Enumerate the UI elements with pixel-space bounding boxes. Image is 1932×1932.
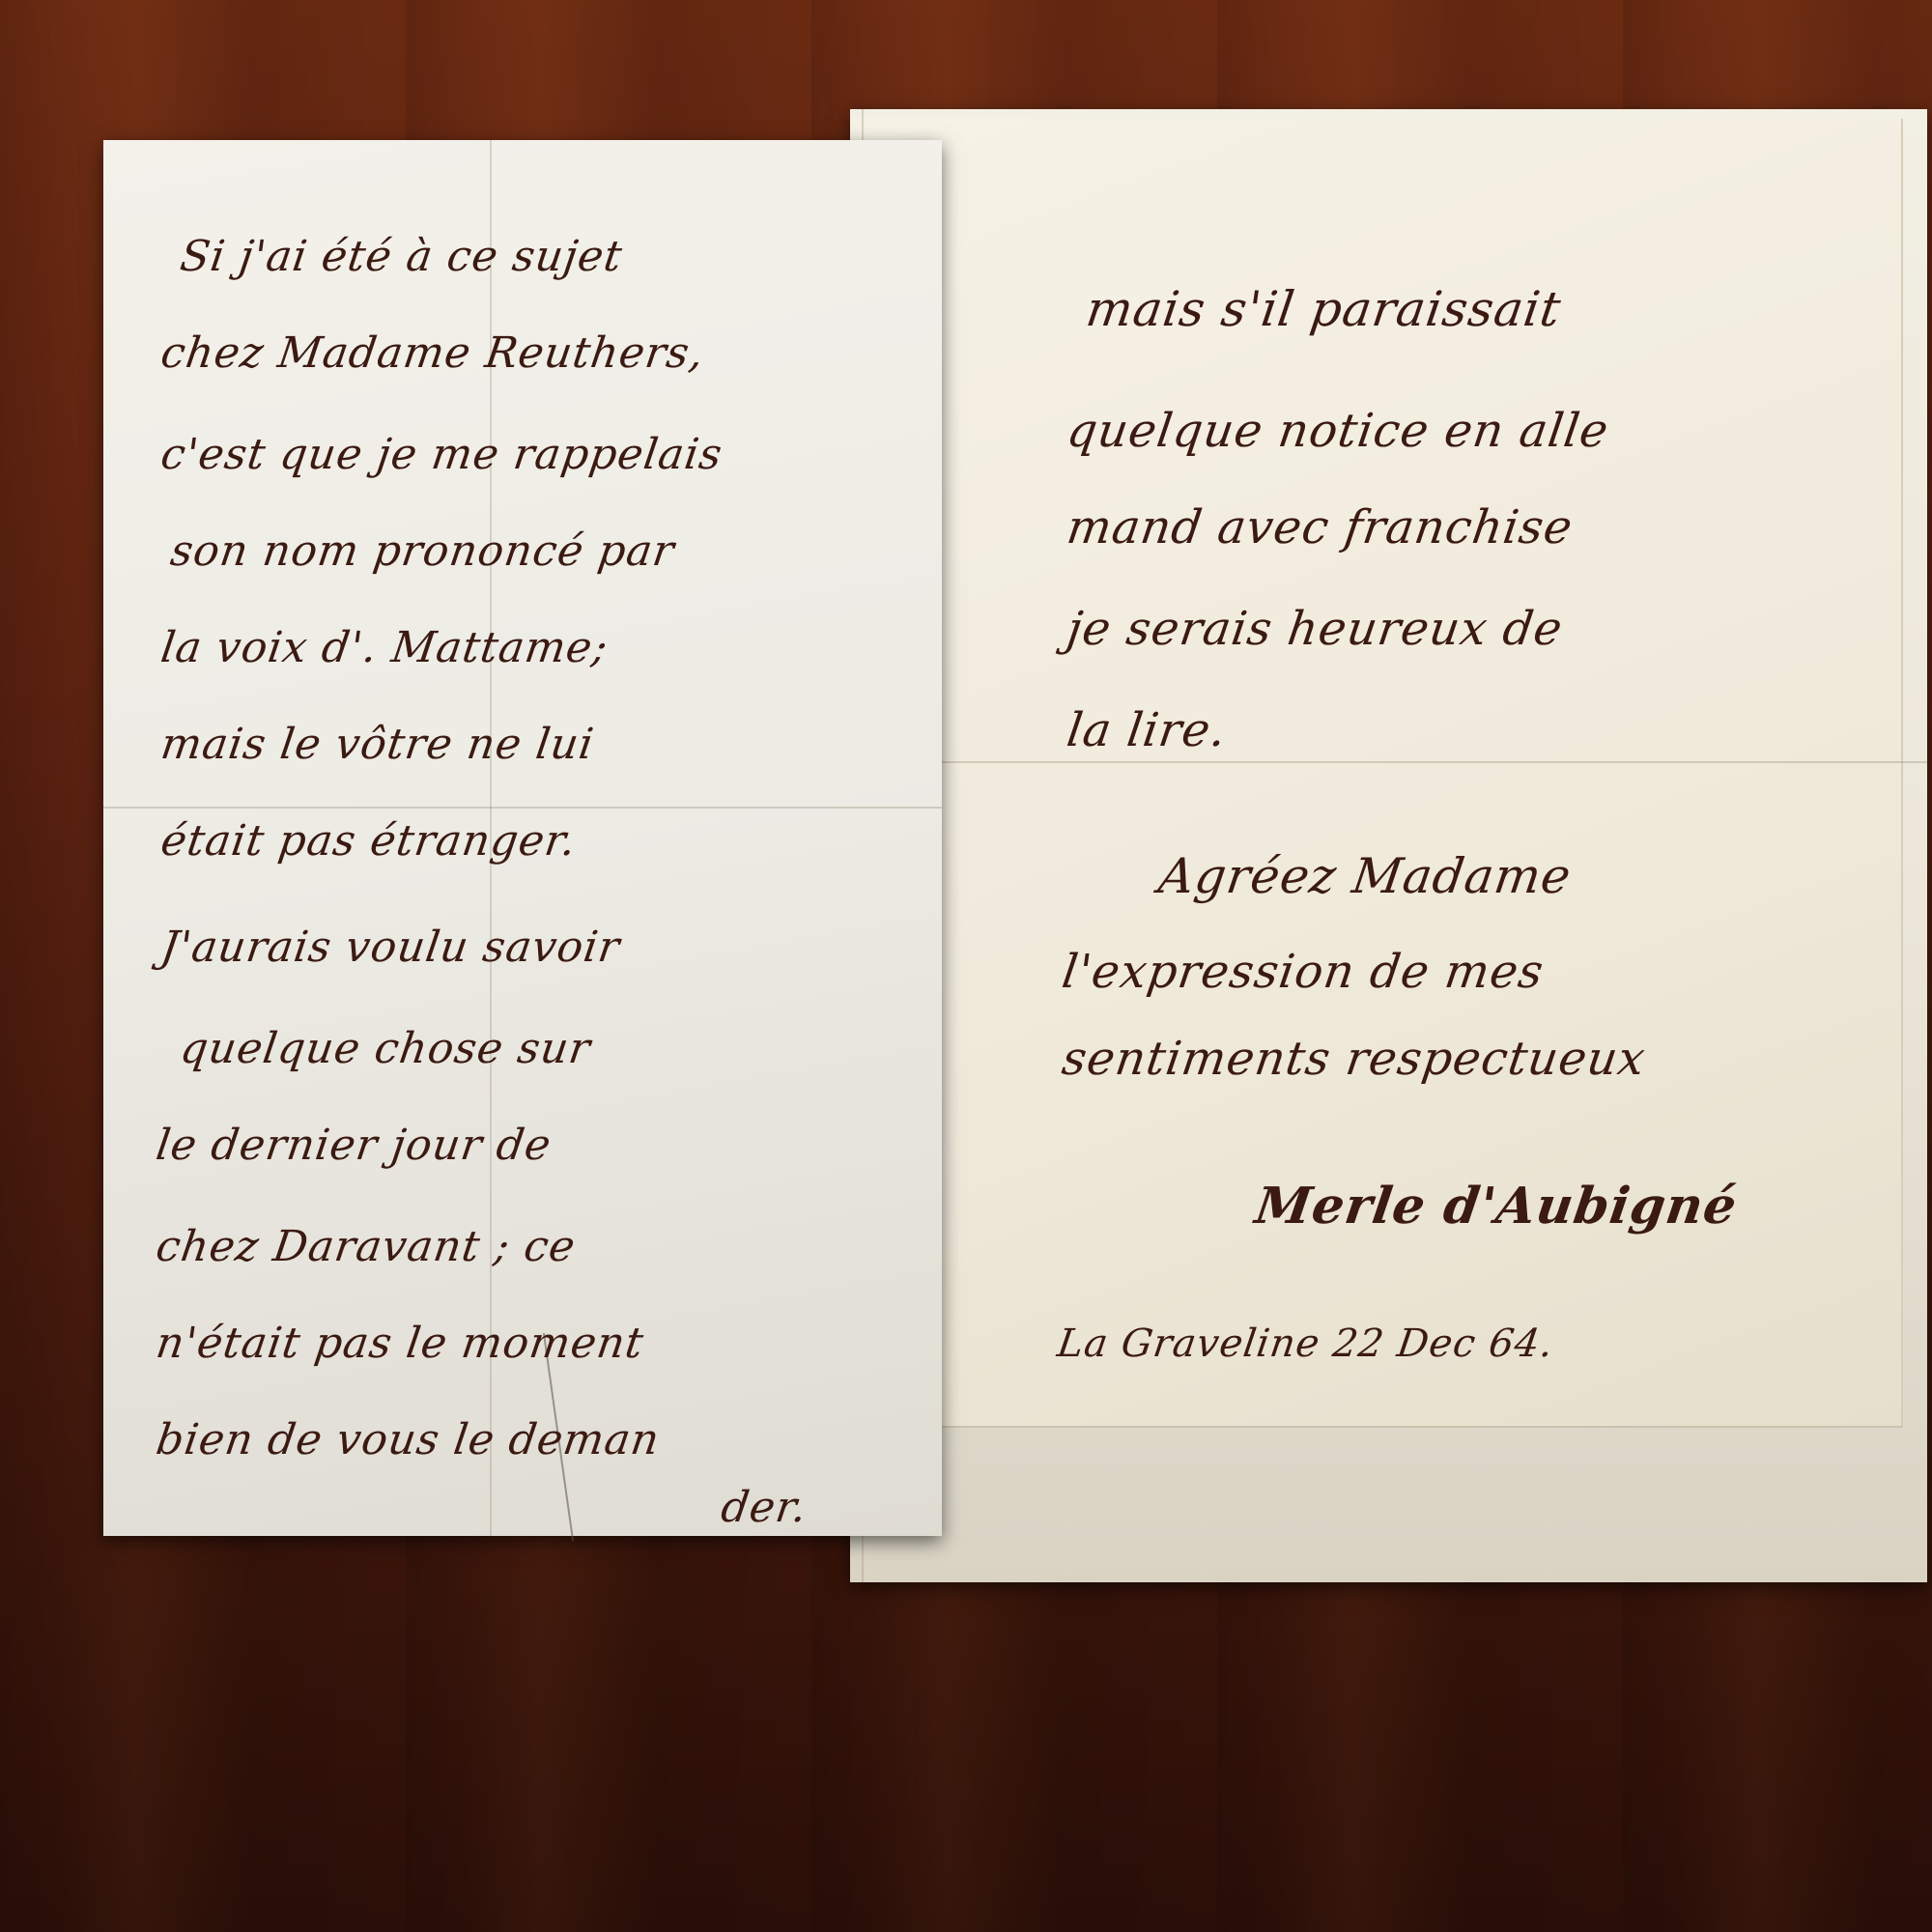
closing-line: sentiments respectueux xyxy=(1059,1032,1649,1086)
handwritten-line: son nom prononcé par xyxy=(167,526,677,576)
letter-sheet-right: mais s'il paraissait quelque notice en a… xyxy=(850,109,1927,1582)
handwritten-line: bien de vous le deman xyxy=(153,1415,663,1464)
handwritten-line: je serais heureux de xyxy=(1064,602,1566,656)
closing-line: l'expression de mes xyxy=(1059,945,1548,999)
handwritten-line: c'est que je me rappelais xyxy=(157,430,725,479)
right-page-text: mais s'il paraissait quelque notice en a… xyxy=(850,109,1927,1582)
left-page-text: Si j'ai été à ce sujet chez Madame Reuth… xyxy=(103,140,942,1536)
handwritten-line: mand avec franchise xyxy=(1064,500,1577,554)
handwritten-line: Si j'ai été à ce sujet xyxy=(177,232,625,281)
dateline: La Graveline 22 Dec 64. xyxy=(1055,1321,1557,1366)
handwritten-line: J'aurais voulu savoir xyxy=(157,923,623,972)
handwritten-line: mais le vôtre ne lui xyxy=(157,720,597,769)
closing-line: Agréez Madame xyxy=(1155,848,1575,904)
handwritten-line: la lire. xyxy=(1064,703,1230,757)
handwritten-line: chez Daravant ; ce xyxy=(153,1222,579,1271)
handwritten-line: mais s'il paraissait xyxy=(1083,281,1565,337)
handwritten-line: quelque notice en alle xyxy=(1064,404,1612,458)
handwritten-line: le dernier jour de xyxy=(153,1121,554,1170)
handwritten-line: chez Madame Reuthers, xyxy=(157,328,707,378)
letter-sheet-left: Si j'ai été à ce sujet chez Madame Reuth… xyxy=(103,140,942,1536)
handwritten-line: der. xyxy=(718,1483,810,1532)
handwritten-line: quelque chose sur xyxy=(177,1024,593,1073)
handwritten-line: était pas étranger. xyxy=(157,816,580,866)
handwritten-line: la voix d'. Mattame; xyxy=(157,623,611,672)
signature: Merle d'Aubigné xyxy=(1252,1177,1741,1236)
handwritten-line: n'était pas le moment xyxy=(153,1319,646,1368)
